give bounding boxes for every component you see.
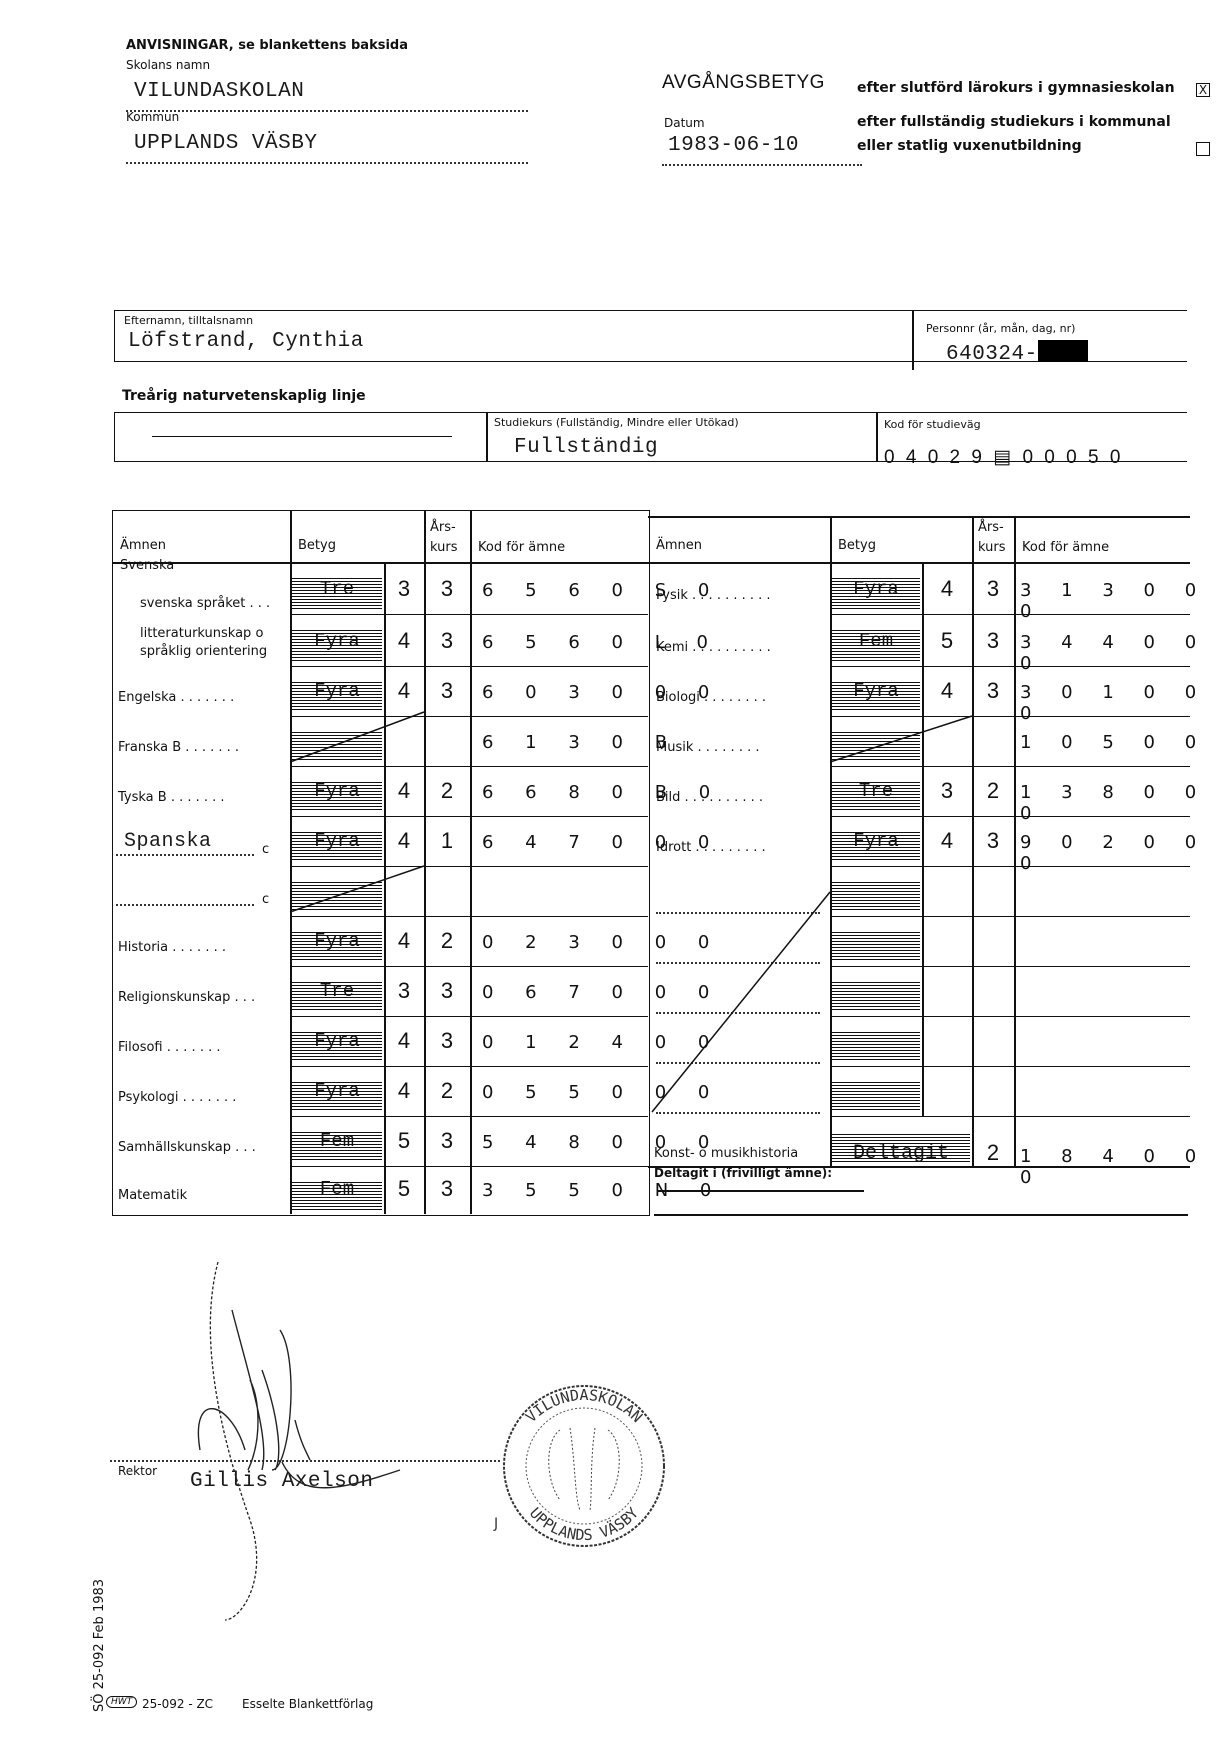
- grade-value[interactable]: Fyra: [832, 680, 920, 702]
- header-grade: Betyg: [298, 538, 336, 553]
- rektor-label: Rektor: [118, 1464, 157, 1478]
- option-gymnasium-label: efter slutförd lärokurs i gymnasieskolan: [857, 80, 1175, 96]
- grade-value[interactable]: Fyra: [292, 630, 382, 652]
- grade-number[interactable]: 4: [384, 678, 424, 704]
- subject-label: Tyska B . . . . . . .: [118, 790, 225, 805]
- subject-label: Historia . . . . . . .: [118, 940, 226, 955]
- grade-value[interactable]: Fem: [832, 630, 920, 652]
- header-subjects: Ämnen: [656, 538, 702, 553]
- grade-number[interactable]: 4: [384, 778, 424, 804]
- subject-label: Idrott . . . . . . . . .: [656, 840, 766, 855]
- subject-blank-line[interactable]: [656, 1062, 820, 1064]
- subject-label: litteraturkunskap o: [140, 626, 263, 641]
- grade-number[interactable]: 4: [922, 576, 972, 602]
- grade-number[interactable]: 5: [384, 1176, 424, 1202]
- publisher-name: Esselte Blankettförlag: [242, 1697, 373, 1711]
- school-name-field[interactable]: VILUNDASKOLAN: [126, 80, 528, 112]
- year-course[interactable]: 3: [424, 978, 470, 1004]
- study-path-code-field[interactable]: 0 4 0 2 9 ▤ 0 0 0 5 0: [884, 446, 1123, 469]
- subject-code[interactable]: 1 0 5 0 0: [1020, 732, 1208, 753]
- subject-label: Kemi . . . . . . . . . .: [656, 640, 771, 655]
- date-field[interactable]: 1983-06-10: [662, 134, 862, 166]
- signature-line: [110, 1460, 500, 1462]
- name-field[interactable]: Löfstrand, Cynthia: [128, 330, 364, 353]
- municipality-label: Kommun: [126, 110, 179, 124]
- year-course[interactable]: 2: [972, 778, 1014, 804]
- subject-suffix: c: [262, 842, 269, 857]
- subject-label: Konst- o musikhistoria: [654, 1146, 798, 1161]
- table-row: [648, 1016, 1190, 1066]
- grade-value[interactable]: Fyra: [292, 1080, 382, 1102]
- subject-blank-line[interactable]: [656, 912, 820, 914]
- subject-blank-line[interactable]: [656, 1112, 820, 1114]
- voluntary-subject-line[interactable]: [658, 1190, 864, 1192]
- personnr-label: Personnr (år, mån, dag, nr): [926, 322, 1075, 335]
- subject-label: Religionskunskap . . .: [118, 990, 255, 1005]
- subject-blank-line[interactable]: [116, 854, 254, 856]
- year-course[interactable]: 3: [424, 1176, 470, 1202]
- program-line-title: Treårig naturvetenskaplig linje: [122, 388, 366, 404]
- year-course[interactable]: 2: [424, 778, 470, 804]
- rektor-name: Gillis Axelson: [190, 1470, 373, 1493]
- instructions-heading: ANVISNINGAR, se blankettens baksida: [126, 38, 408, 53]
- year-course[interactable]: 3: [972, 576, 1014, 602]
- grade-number[interactable]: 5: [384, 1128, 424, 1154]
- subject-label: Engelska . . . . . . .: [118, 690, 234, 705]
- personnr-field[interactable]: 640324-: [946, 340, 1088, 366]
- municipality-field[interactable]: UPPLANDS VÄSBY: [126, 132, 528, 164]
- subject-label: Franska B . . . . . . .: [118, 740, 239, 755]
- divider: [830, 1116, 1190, 1117]
- year-course[interactable]: 2: [424, 1078, 470, 1104]
- certificate-title: AVGÅNGSBETYG: [662, 72, 825, 94]
- grade-number[interactable]: 3: [384, 576, 424, 602]
- subject-blank-line[interactable]: [656, 962, 820, 964]
- table-row: [648, 966, 1190, 1016]
- study-path-code-label: Kod för studieväg: [884, 418, 981, 431]
- subject-label: språklig orientering: [140, 644, 267, 659]
- grade-value[interactable]: Fyra: [292, 1030, 382, 1052]
- subject-blank-line[interactable]: [116, 904, 254, 906]
- year-course[interactable]: 2: [972, 1140, 1014, 1166]
- name-label: Efternamn, tilltalsnamn: [124, 314, 253, 327]
- grade-value[interactable]: Tre: [292, 578, 382, 600]
- grade-number[interactable]: 4: [922, 678, 972, 704]
- subject-label: Bild . . . . . . . . . .: [656, 790, 763, 805]
- divider: [648, 516, 1190, 518]
- year-course[interactable]: 1: [424, 828, 470, 854]
- blank-line: [152, 436, 452, 437]
- grade-value[interactable]: Fyra: [292, 830, 382, 852]
- grade-number[interactable]: 4: [384, 1028, 424, 1054]
- grade-number[interactable]: 4: [384, 1078, 424, 1104]
- year-course[interactable]: 3: [424, 576, 470, 602]
- header-code: Kod för ämne: [1022, 540, 1109, 555]
- subject-suffix: c: [262, 892, 269, 907]
- subject-blank-line[interactable]: [656, 1012, 820, 1014]
- school-name-label: Skolans namn: [126, 58, 210, 72]
- grade-value[interactable]: Fyra: [292, 680, 382, 702]
- option-adult-label-1: efter fullständig studiekurs i kommunal: [857, 114, 1171, 130]
- grade-value[interactable]: Fem: [292, 1178, 382, 1200]
- subject-label: Svenska: [120, 558, 174, 573]
- option-adult-label-2: eller statlig vuxenutbildning: [857, 138, 1082, 154]
- grade-value[interactable]: Fyra: [832, 830, 920, 852]
- grade-number[interactable]: 4: [384, 828, 424, 854]
- grade-number[interactable]: 3: [922, 778, 972, 804]
- header-subjects: Ämnen: [120, 538, 166, 553]
- subject-label: Matematik: [118, 1188, 187, 1203]
- table-row: [648, 916, 1190, 966]
- year-course[interactable]: 3: [424, 1128, 470, 1154]
- grade-number[interactable]: 4: [384, 928, 424, 954]
- grade-value[interactable]: Deltagit: [832, 1142, 970, 1165]
- studiekurs-label: Studiekurs (Fullständig, Mindre eller Ut…: [494, 416, 739, 429]
- form-code: 25-092 - ZC: [142, 1697, 213, 1711]
- date-label: Datum: [664, 116, 705, 130]
- form-version-vertical: SÖ 25-092 Feb 1983: [92, 1579, 107, 1712]
- header-year: Års-: [430, 520, 456, 535]
- personnr-redaction: [1038, 340, 1088, 362]
- table-row: [648, 866, 1190, 916]
- year-course[interactable]: 3: [424, 628, 470, 654]
- grade-number[interactable]: 5: [922, 628, 972, 654]
- grade-value[interactable]: Tre: [832, 780, 920, 802]
- grade-value[interactable]: Fyra: [292, 780, 382, 802]
- subject-label: Samhällskunskap . . .: [118, 1140, 256, 1155]
- header-code: Kod för ämne: [478, 540, 565, 555]
- grade-number[interactable]: 3: [384, 978, 424, 1004]
- svg-text:UPPLANDS VÄSBY: UPPLANDS VÄSBY: [526, 1504, 642, 1544]
- table-row: [648, 1066, 1190, 1116]
- grade-value[interactable]: Fyra: [292, 930, 382, 952]
- grade-number[interactable]: 4: [384, 628, 424, 654]
- year-course[interactable]: 3: [972, 828, 1014, 854]
- header-year: kurs: [430, 540, 458, 555]
- option-gymnasium-checkbox[interactable]: X: [1196, 83, 1210, 97]
- subject-label: Spanska: [124, 830, 212, 853]
- studiekurs-field[interactable]: Fullständig: [514, 436, 658, 459]
- voluntary-subject-label: Deltagit i (frivilligt ämne):: [654, 1166, 832, 1180]
- grade-number[interactable]: 4: [922, 828, 972, 854]
- personnr-value: 640324-: [946, 343, 1038, 366]
- year-course[interactable]: 3: [972, 678, 1014, 704]
- option-adult-checkbox[interactable]: [1196, 142, 1210, 156]
- grade-value[interactable]: Fyra: [832, 578, 920, 600]
- year-course[interactable]: 3: [972, 628, 1014, 654]
- table-bottom-line: [654, 1214, 1188, 1216]
- hwt-logo-icon: HWT: [106, 1696, 137, 1708]
- grade-value[interactable]: Tre: [292, 980, 382, 1002]
- header-grade: Betyg: [838, 538, 876, 553]
- subject-label: Fysik . . . . . . . . . .: [656, 588, 771, 603]
- table-row: [112, 866, 648, 916]
- subject-sublabel: svenska språket . . .: [140, 596, 270, 611]
- year-course[interactable]: 2: [424, 928, 470, 954]
- year-course[interactable]: 3: [424, 1028, 470, 1054]
- grade-value[interactable]: Fem: [292, 1130, 382, 1152]
- subject-label: Biologi . . . . . . . .: [656, 690, 766, 705]
- subject-label: Musik . . . . . . . .: [656, 740, 760, 755]
- header-year: kurs: [978, 540, 1006, 555]
- svg-text:J: J: [493, 1516, 498, 1532]
- subject-code[interactable]: 1 8 4 0 0 0: [1020, 1146, 1228, 1188]
- subject-label: Psykologi . . . . . . .: [118, 1090, 236, 1105]
- header-year: Års-: [978, 520, 1004, 535]
- year-course[interactable]: 3: [424, 678, 470, 704]
- subject-label: Filosofi . . . . . . .: [118, 1040, 220, 1055]
- svg-text:VILUNDASKOLAN: VILUNDASKOLAN: [522, 1386, 646, 1426]
